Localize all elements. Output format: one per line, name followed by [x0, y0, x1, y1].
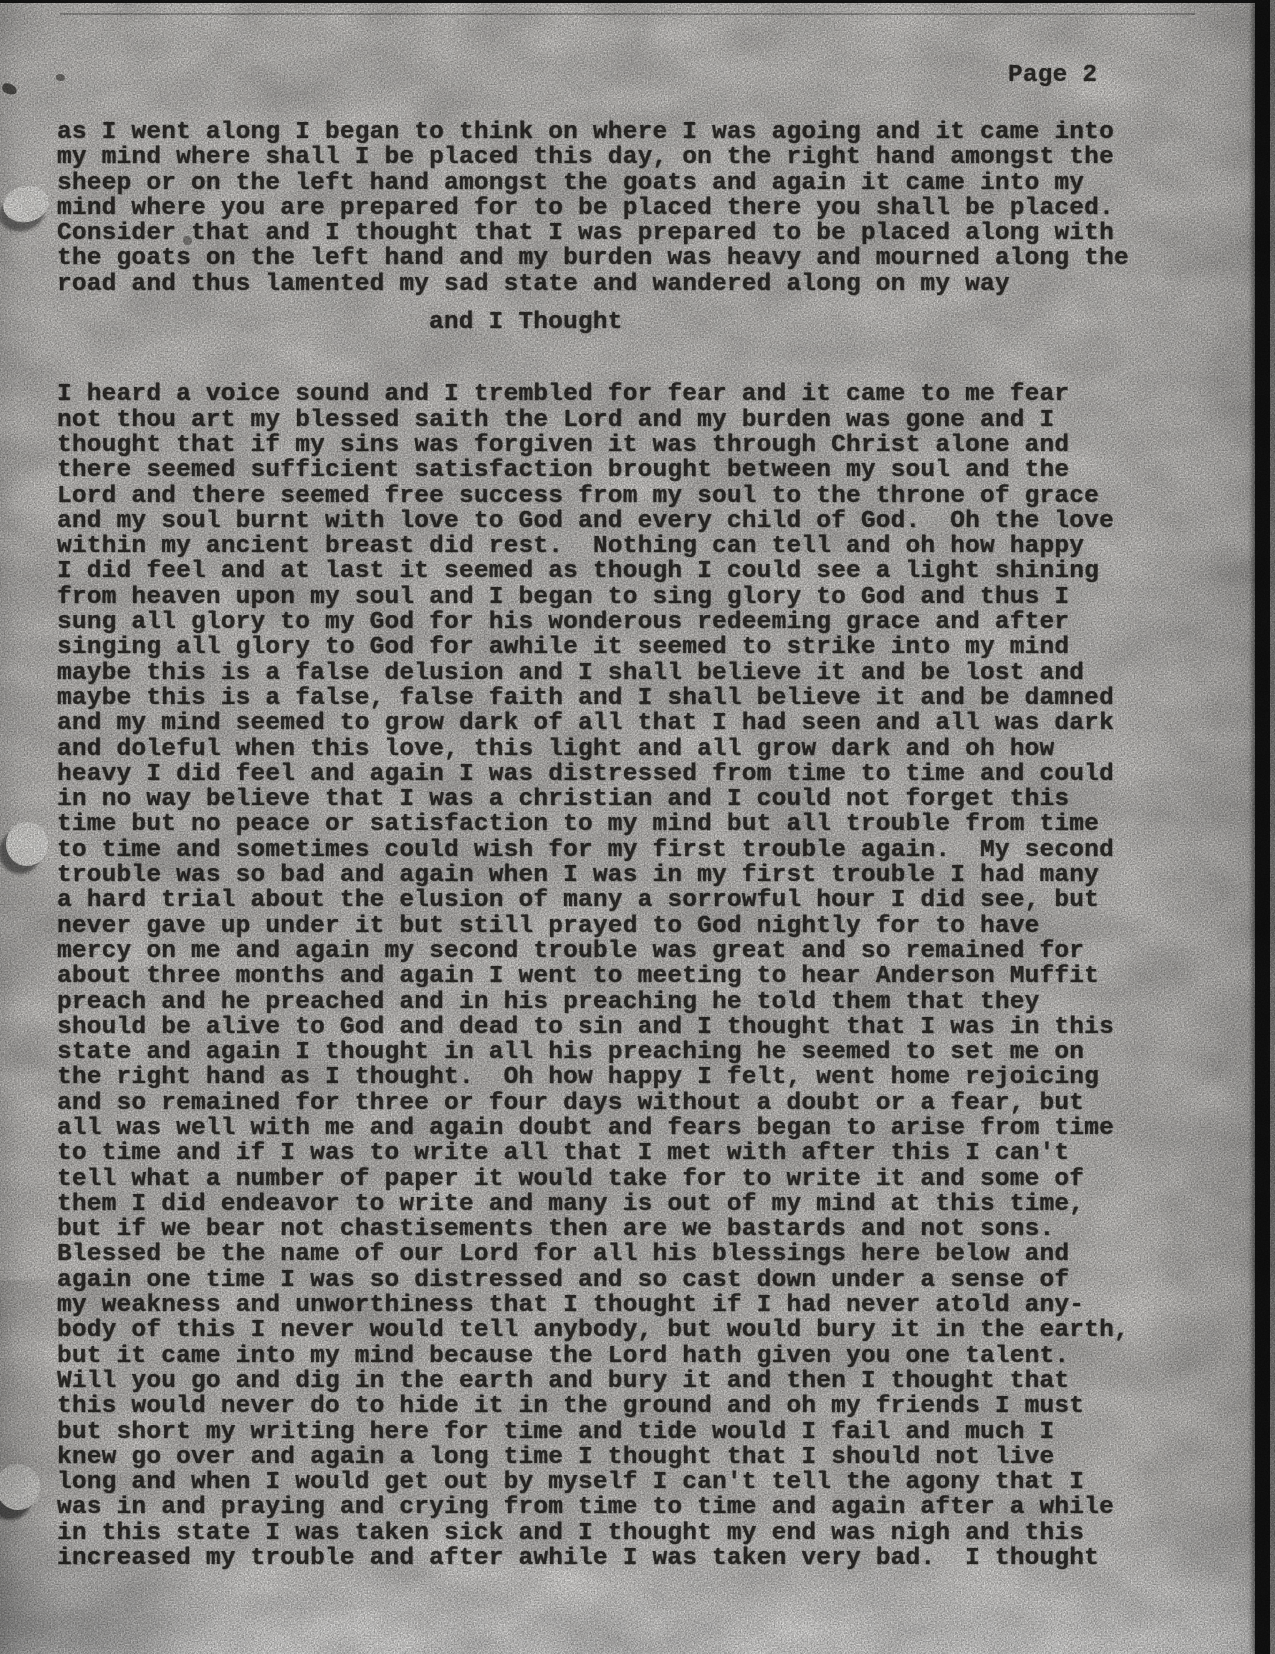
text-line: and so remained for three or four days w…: [57, 1091, 1147, 1116]
text-line: in no way believe that I was a christian…: [57, 787, 1147, 812]
text-line: preach and he preached and in his preach…: [57, 990, 1147, 1015]
text-line: not thou art my blessed saith the Lord a…: [57, 408, 1147, 433]
text-line: heavy I did feel and again I was distres…: [57, 762, 1147, 787]
text-line: all was well with me and again doubt and…: [57, 1116, 1147, 1141]
text-line: there seemed sufficient satisfaction bro…: [57, 458, 1147, 483]
text-line: mercy on me and again my second trouble …: [57, 939, 1147, 964]
text-line: my mind where shall I be placed this day…: [57, 145, 1147, 170]
text-line: tell what a number of paper it would tak…: [57, 1167, 1147, 1192]
scan-left-edge-shade: [0, 1280, 60, 1654]
text-line: the right hand as I thought. Oh how happ…: [57, 1065, 1147, 1090]
text-line: Consider that and I thought that I was p…: [57, 221, 1147, 246]
text-line: but if we bear not chastisements then ar…: [57, 1217, 1147, 1242]
text-line: maybe this is a false, false faith and I…: [57, 686, 1147, 711]
scan-right-edge-strip: [1255, 0, 1270, 1654]
scan-speck: [183, 236, 192, 245]
text-line: knew go over and again a long time I tho…: [57, 1445, 1147, 1470]
text-line: and my mind seemed to grow dark of all t…: [57, 711, 1147, 736]
text-line: and my soul burnt with love to God and e…: [57, 509, 1147, 534]
scan-speck: [56, 74, 65, 81]
text-line: to time and sometimes could wish for my …: [57, 838, 1147, 863]
text-line: the goats on the left hand and my burden…: [57, 246, 1147, 271]
text-line: to time and if I was to write all that I…: [57, 1141, 1147, 1166]
text-line: Blessed be the name of our Lord for all …: [57, 1242, 1147, 1267]
scanned-document-page: Page 2 as I went along I began to think …: [0, 0, 1275, 1654]
paragraph-1: as I went along I began to think on wher…: [57, 120, 1147, 297]
text-line: thought that if my sins was forgiven it …: [57, 433, 1147, 458]
text-line: about three months and again I went to m…: [57, 964, 1147, 989]
text-line: never gave up under it but still prayed …: [57, 914, 1147, 939]
text-line: from heaven upon my soul and I began to …: [57, 585, 1147, 610]
text-line: maybe this is a false delusion and I sha…: [57, 661, 1147, 686]
text-line: my weakness and unworthiness that I thou…: [57, 1293, 1147, 1318]
text-line: Lord and there seemed free success from …: [57, 484, 1147, 509]
document-text: as I went along I began to think on wher…: [57, 120, 1147, 1571]
text-line: again one time I was so distressed and s…: [57, 1268, 1147, 1293]
text-line: time but no peace or satisfaction to my …: [57, 812, 1147, 837]
text-line: singing all glory to God for awhile it s…: [57, 635, 1147, 660]
hole-punch-top: [0, 182, 52, 227]
text-line: as I went along I began to think on wher…: [57, 120, 1147, 145]
text-line: sung all glory to my God for his wondero…: [57, 610, 1147, 635]
text-line: should be alive to God and dead to sin a…: [57, 1015, 1147, 1040]
text-line: and doleful when this love, this light a…: [57, 737, 1147, 762]
paragraph-2: I heard a voice sound and I trembled for…: [57, 382, 1147, 1571]
text-line: long and when I would get out by myself …: [57, 1470, 1147, 1495]
text-line: a hard trial about the elusion of many a…: [57, 888, 1147, 913]
text-line: state and again I thought in all his pre…: [57, 1040, 1147, 1065]
text-line: within my ancient breast did rest. Nothi…: [57, 534, 1147, 559]
text-line: body of this I never would tell anybody,…: [57, 1318, 1147, 1343]
scan-top-edge: [0, 0, 1275, 3]
scan-right-edge-outer: [1270, 0, 1275, 1654]
text-line: I did feel and at last it seemed as thou…: [57, 559, 1147, 584]
text-line: but short my writing here for time and t…: [57, 1420, 1147, 1445]
scan-top-faint-line: [60, 13, 1195, 15]
text-line: Will you go and dig in the earth and bur…: [57, 1369, 1147, 1394]
text-line: road and thus lamented my sad state and …: [57, 272, 1147, 297]
text-line: mind where you are prepared for to be pl…: [57, 196, 1147, 221]
section-heading: and I Thought: [429, 310, 1147, 335]
scan-speck: [1, 82, 19, 97]
text-line: sheep or on the left hand amongst the go…: [57, 171, 1147, 196]
text-line: I heard a voice sound and I trembled for…: [57, 382, 1147, 407]
page-number: Page 2: [1008, 62, 1097, 89]
text-line: trouble was so bad and again when I was …: [57, 863, 1147, 888]
hole-punch-middle: [6, 822, 48, 866]
text-line: this would never do to hide it in the gr…: [57, 1394, 1147, 1419]
text-line: them I did endeavor to write and many is…: [57, 1192, 1147, 1217]
text-line: but it came into my mind because the Lor…: [57, 1344, 1147, 1369]
